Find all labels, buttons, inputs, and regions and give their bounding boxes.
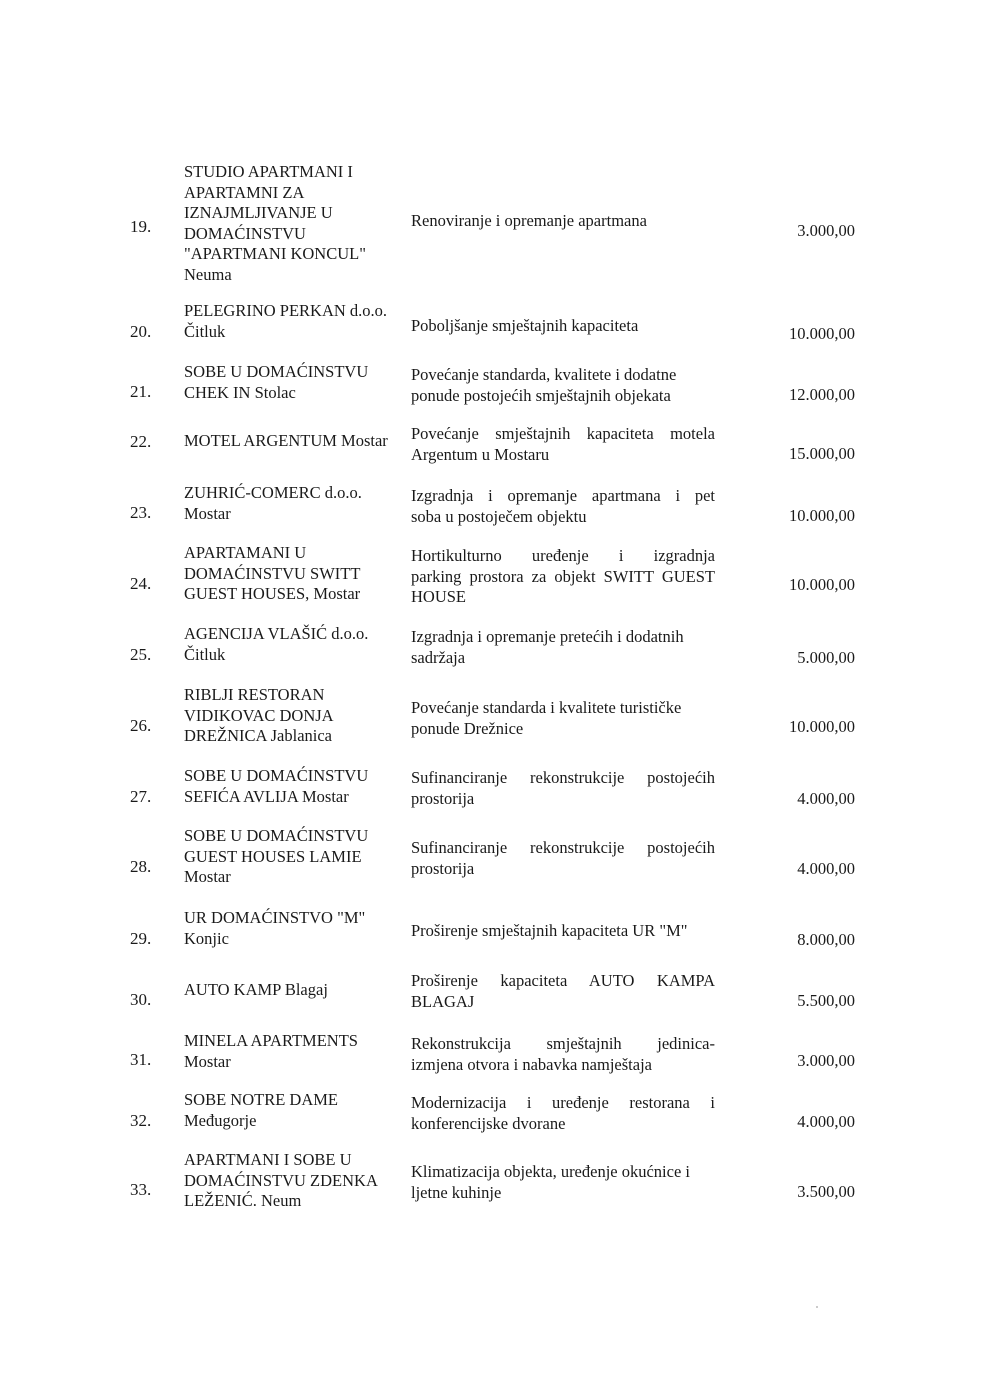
document-page: 19.STUDIO APARTMANI IAPARTAMNI ZAIZNAJML… [0,0,1000,1375]
project-line: Poboljšanje smještajnih kapaciteta [411,316,715,337]
scan-speck [816,1306,818,1308]
row-number: 21. [130,382,170,402]
applicant-name: STUDIO APARTMANI IAPARTAMNI ZAIZNAJMLJIV… [184,162,404,285]
row-number: 26. [130,716,170,736]
applicant-line: DOMAĆINSTVU SWITT [184,564,404,585]
applicant-line: Međugorje [184,1111,404,1132]
project-line: izmjena otvora i nabavka namještaja [411,1055,715,1076]
applicant-line: SEFIĆA AVLIJA Mostar [184,787,404,808]
applicant-line: Mostar [184,1052,404,1073]
applicant-line: Čitluk [184,322,404,343]
grant-amount: 4.000,00 [740,859,855,879]
project-description: Poboljšanje smještajnih kapaciteta [411,316,715,337]
applicant-name: APARTMANI I SOBE UDOMAĆINSTVU ZDENKALEŽE… [184,1150,404,1212]
applicant-line: RIBLJI RESTORAN [184,685,404,706]
grant-amount: 12.000,00 [740,385,855,405]
applicant-line: DOMAĆINSTVU [184,224,404,245]
project-description: Klimatizacija objekta, uređenje okućnice… [411,1162,715,1203]
applicant-line: "APARTMANI KONCUL" [184,244,404,265]
applicant-name: MOTEL ARGENTUM Mostar [184,431,404,452]
applicant-line: DOMAĆINSTVU ZDENKA [184,1171,404,1192]
project-line: Argentum u Mostaru [411,445,715,466]
project-description: Izgradnja i opremanje apartmana i petsob… [411,486,715,527]
applicant-line: CHEK IN Stolac [184,383,404,404]
project-line: Izgradnja i opremanje apartmana i pet [411,486,715,507]
project-description: Modernizacija i uređenje restorana ikonf… [411,1093,715,1134]
applicant-line: AUTO KAMP Blagaj [184,980,404,1001]
grant-amount: 10.000,00 [740,324,855,344]
applicant-line: VIDIKOVAC DONJA [184,706,404,727]
project-line: Proširenje kapaciteta AUTO KAMPA [411,971,715,992]
applicant-line: GUEST HOUSES, Mostar [184,584,404,605]
applicant-line: Konjic [184,929,404,950]
applicant-line: IZNAJMLJIVANJE U [184,203,404,224]
row-number: 33. [130,1180,170,1200]
applicant-name: PELEGRINO PERKAN d.o.o.Čitluk [184,301,404,342]
project-line: BLAGAJ [411,992,715,1013]
applicant-line: Mostar [184,867,404,888]
project-description: Hortikulturno uređenje i izgradnjaparkin… [411,546,715,608]
row-number: 30. [130,990,170,1010]
project-line: Povećanje standarda i kvalitete turistič… [411,698,715,719]
row-number: 31. [130,1050,170,1070]
applicant-name: RIBLJI RESTORANVIDIKOVAC DONJADREŽNICA J… [184,685,404,747]
applicant-line: DREŽNICA Jablanica [184,726,404,747]
applicant-line: SOBE NOTRE DAME [184,1090,404,1111]
row-number: 29. [130,929,170,949]
applicant-name: APARTAMANI UDOMAĆINSTVU SWITTGUEST HOUSE… [184,543,404,605]
applicant-line: UR DOMAĆINSTVO "M" [184,908,404,929]
applicant-name: AUTO KAMP Blagaj [184,980,404,1001]
project-description: Izgradnja i opremanje pretećih i dodatni… [411,627,715,668]
applicant-line: ZUHRIĆ-COMERC d.o.o. [184,483,404,504]
project-description: Povećanje standarda i kvalitete turistič… [411,698,715,739]
grant-amount: 10.000,00 [740,506,855,526]
applicant-line: MOTEL ARGENTUM Mostar [184,431,404,452]
applicant-line: MINELA APARTMENTS [184,1031,404,1052]
applicant-name: ZUHRIĆ-COMERC d.o.o.Mostar [184,483,404,524]
grant-amount: 4.000,00 [740,789,855,809]
applicant-line: STUDIO APARTMANI I [184,162,404,183]
grant-amount: 4.000,00 [740,1112,855,1132]
applicant-line: SOBE U DOMAĆINSTVU [184,362,404,383]
project-line: Povećanje standarda, kvalitete i dodatne [411,365,715,386]
grant-amount: 5.000,00 [740,648,855,668]
project-line: Izgradnja i opremanje pretećih i dodatni… [411,627,715,648]
project-line: soba u postoječem objektu [411,507,715,528]
grant-amount: 10.000,00 [740,717,855,737]
project-line: prostorija [411,859,715,880]
project-line: Renoviranje i opremanje apartmana [411,211,715,232]
row-number: 32. [130,1111,170,1131]
grant-amount: 5.500,00 [740,991,855,1011]
project-line: Proširenje smještajnih kapaciteta UR "M" [411,921,715,942]
project-line: Klimatizacija objekta, uređenje okućnice… [411,1162,715,1183]
applicant-name: SOBE U DOMAĆINSTVUCHEK IN Stolac [184,362,404,403]
row-number: 27. [130,787,170,807]
grant-amount: 8.000,00 [740,930,855,950]
project-line: prostorija [411,789,715,810]
project-description: Sufinanciranje rekonstrukcije postojećih… [411,768,715,809]
grant-amount: 10.000,00 [740,575,855,595]
applicant-name: SOBE NOTRE DAMEMeđugorje [184,1090,404,1131]
applicant-line: SOBE U DOMAĆINSTVU [184,826,404,847]
applicant-name: UR DOMAĆINSTVO "M"Konjic [184,908,404,949]
grant-amount: 3.000,00 [740,1051,855,1071]
applicant-line: Čitluk [184,645,404,666]
applicant-name: AGENCIJA VLAŠIĆ d.o.o.Čitluk [184,624,404,665]
project-line: Modernizacija i uređenje restorana i [411,1093,715,1114]
project-description: Povećanje smještajnih kapaciteta motelaA… [411,424,715,465]
applicant-line: AGENCIJA VLAŠIĆ d.o.o. [184,624,404,645]
applicant-name: SOBE U DOMAĆINSTVUGUEST HOUSES LAMIEMost… [184,826,404,888]
row-number: 28. [130,857,170,877]
applicant-line: SOBE U DOMAĆINSTVU [184,766,404,787]
applicant-line: Neuma [184,265,404,286]
project-line: Rekonstrukcija smještajnih jedinica- [411,1034,715,1055]
row-number: 19. [130,217,170,237]
grant-amount: 3.000,00 [740,221,855,241]
applicant-line: APARTAMANI U [184,543,404,564]
project-line: Sufinanciranje rekonstrukcije postojećih [411,838,715,859]
project-line: ponude postojećih smještajnih objekata [411,386,715,407]
applicant-line: Mostar [184,504,404,525]
row-number: 20. [130,322,170,342]
grant-amount: 15.000,00 [740,444,855,464]
project-description: Renoviranje i opremanje apartmana [411,211,715,232]
project-line: Povećanje smještajnih kapaciteta motela [411,424,715,445]
applicant-name: SOBE U DOMAĆINSTVUSEFIĆA AVLIJA Mostar [184,766,404,807]
applicant-name: MINELA APARTMENTSMostar [184,1031,404,1072]
project-line: parking prostora za objekt SWITT GUEST [411,567,715,588]
row-number: 24. [130,574,170,594]
project-line: HOUSE [411,587,715,608]
applicant-line: GUEST HOUSES LAMIE [184,847,404,868]
project-description: Proširenje kapaciteta AUTO KAMPABLAGAJ [411,971,715,1012]
project-description: Proširenje smještajnih kapaciteta UR "M" [411,921,715,942]
row-number: 23. [130,503,170,523]
project-line: Sufinanciranje rekonstrukcije postojećih [411,768,715,789]
project-line: ponude Drežnice [411,719,715,740]
project-line: ljetne kuhinje [411,1183,715,1204]
project-description: Povećanje standarda, kvalitete i dodatne… [411,365,715,406]
project-line: sadržaja [411,648,715,669]
project-line: Hortikulturno uređenje i izgradnja [411,546,715,567]
applicant-line: PELEGRINO PERKAN d.o.o. [184,301,404,322]
project-description: Rekonstrukcija smještajnih jedinica-izmj… [411,1034,715,1075]
applicant-line: APARTMANI I SOBE U [184,1150,404,1171]
applicant-line: LEŽENIĆ. Neum [184,1191,404,1212]
project-line: konferencijske dvorane [411,1114,715,1135]
grant-amount: 3.500,00 [740,1182,855,1202]
row-number: 22. [130,432,170,452]
applicant-line: APARTAMNI ZA [184,183,404,204]
project-description: Sufinanciranje rekonstrukcije postojećih… [411,838,715,879]
row-number: 25. [130,645,170,665]
